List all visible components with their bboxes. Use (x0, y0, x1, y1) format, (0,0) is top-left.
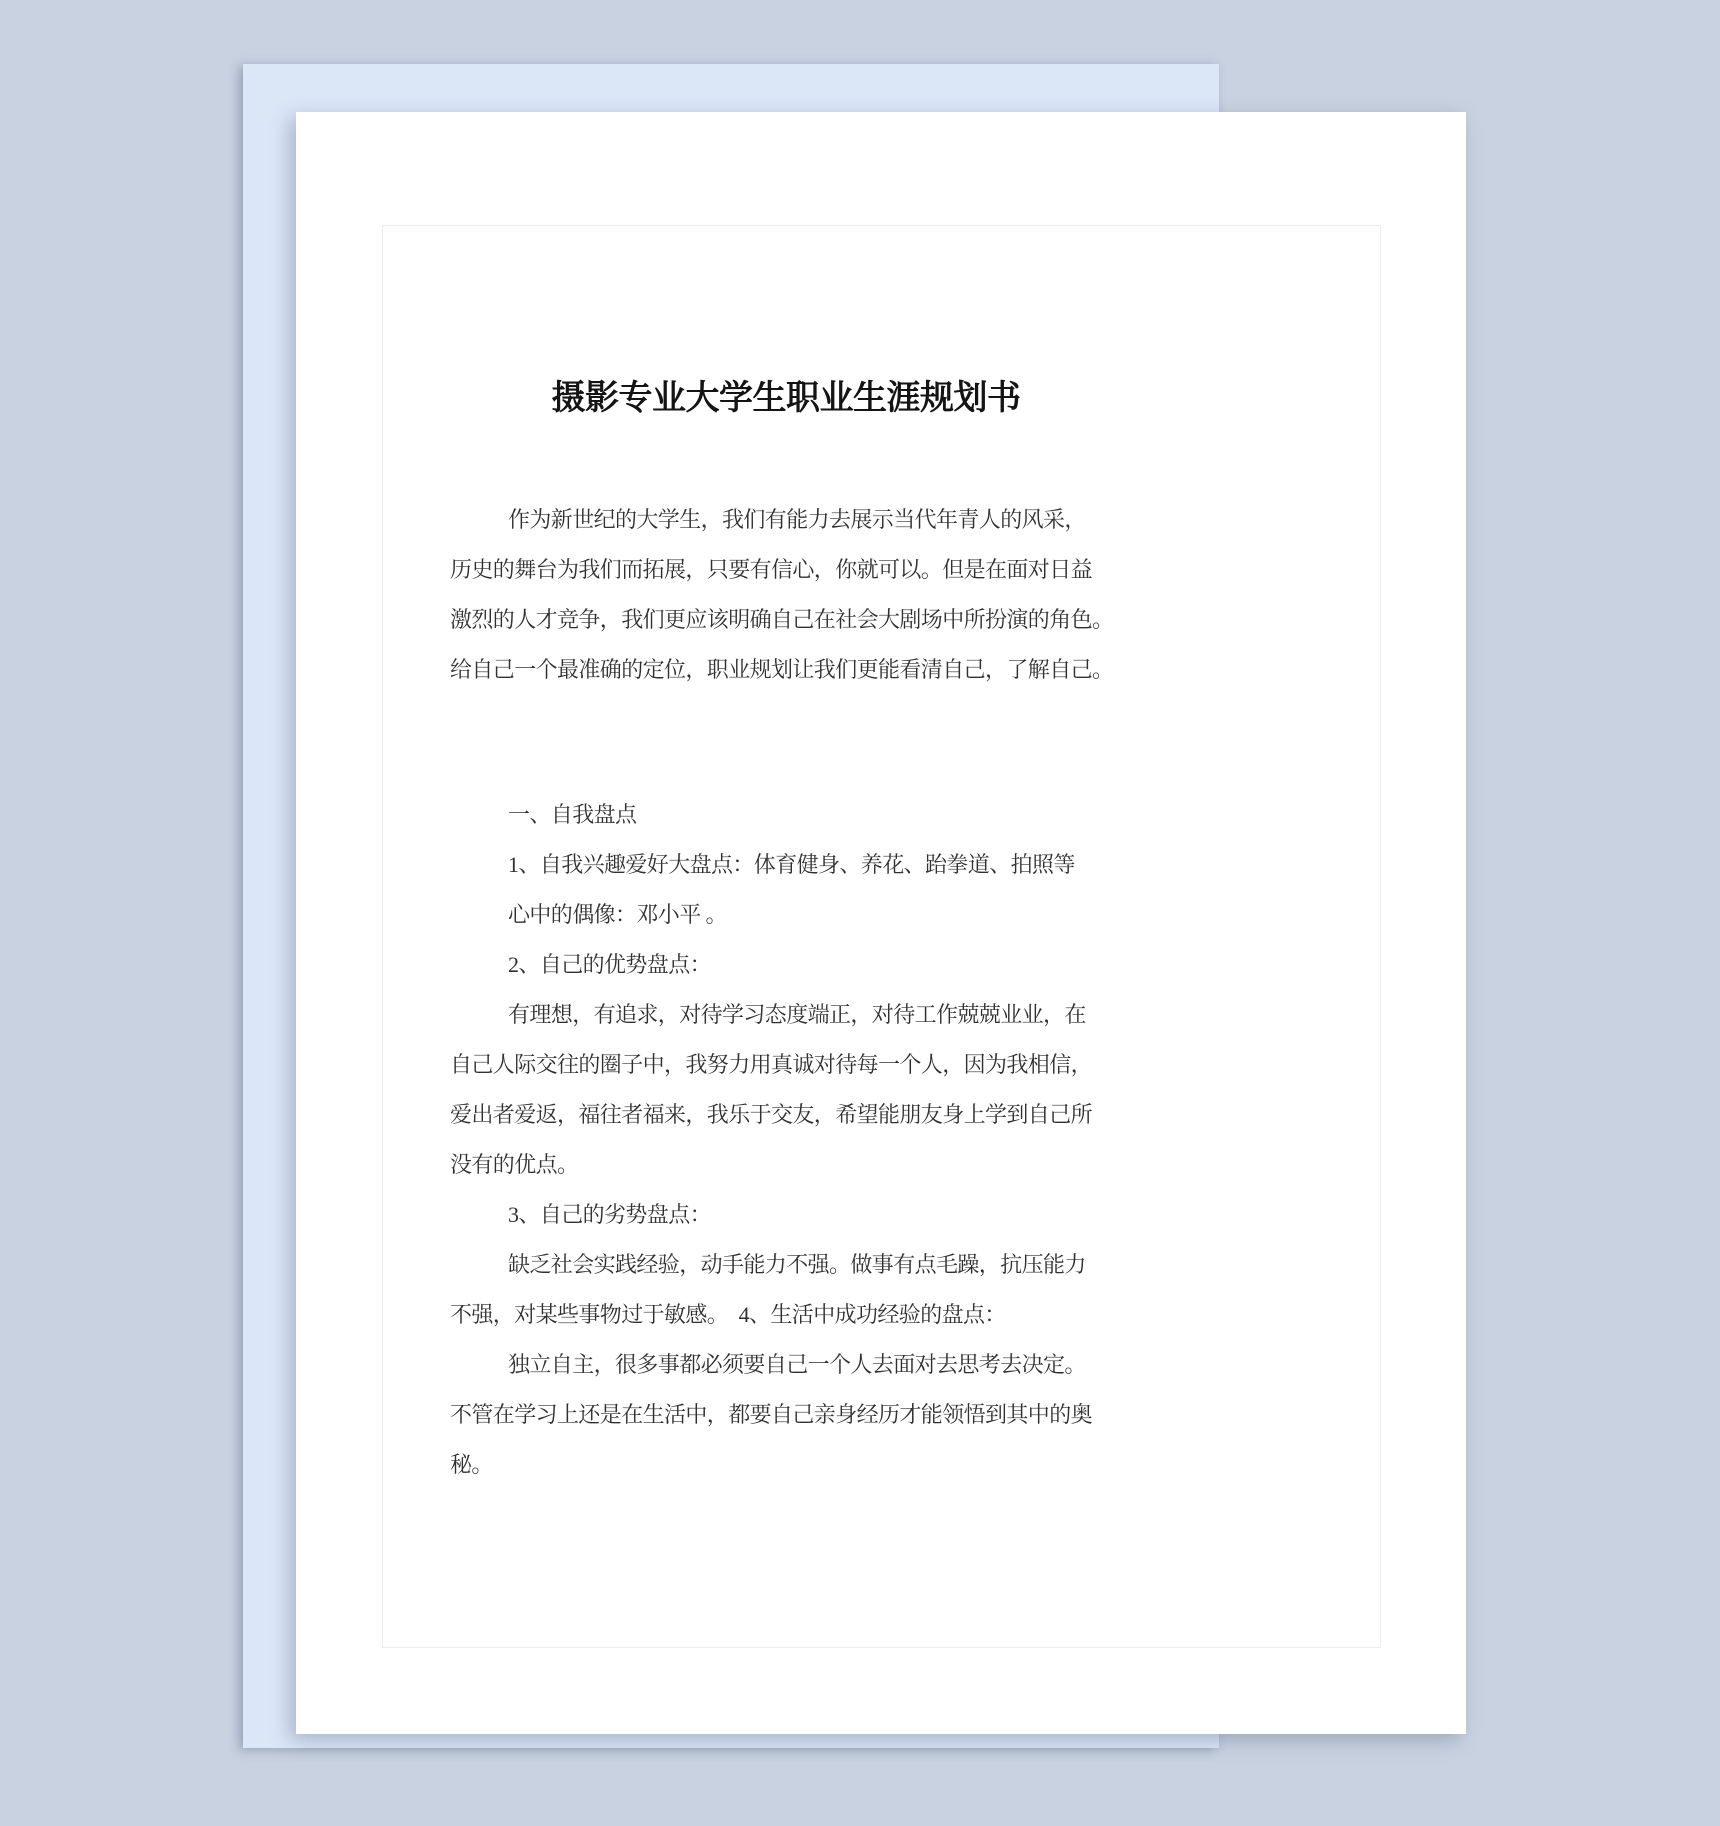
text-line: 缺乏社会实践经验，动手能力不强。做事有点毛躁，抗压能力 (450, 1240, 1115, 1290)
text-line: 独立自主，很多事都必须要自己一个人去面对去思考去决定。 (450, 1340, 1115, 1390)
text-line: 历史的舞台为我们而拓展，只要有信心，你就可以。但是在面对日益 (450, 545, 1115, 595)
text-line: 1、自我兴趣爱好大盘点：体育健身、养花、跆拳道、拍照等 (450, 840, 1115, 890)
text-line: 不管在学习上还是在生活中，都要自己亲身经历才能领悟到其中的奥 (450, 1390, 1115, 1440)
text-line: 激烈的人才竞争，我们更应该明确自己在社会大剧场中所扮演的角色。 (450, 595, 1115, 645)
text-line: 自己人际交往的圈子中，我努力用真诚对待每一个人，因为我相信， (450, 1040, 1115, 1090)
text-line: 没有的优点。 (450, 1140, 1115, 1190)
text-line: 秘。 (450, 1440, 1115, 1490)
text-line: 爱出者爱返，福往者福来，我乐于交友，希望能朋友身上学到自己所 (450, 1090, 1115, 1140)
document-body-lines: 作为新世纪的大学生，我们有能力去展示当代年青人的风采，历史的舞台为我们而拓展，只… (450, 495, 1115, 1490)
text-line: 给自己一个最准确的定位，职业规划让我们更能看清自己，了解自己。 (450, 645, 1115, 695)
text-line: 有理想，有追求，对待学习态度端正，对待工作兢兢业业，在 (450, 990, 1115, 1040)
text-line: 3、自己的劣势盘点： (450, 1190, 1115, 1240)
text-line: 一、自我盘点 (450, 790, 1115, 840)
document-page: 摄影专业大学生职业生涯规划书 作为新世纪的大学生，我们有能力去展示当代年青人的风… (296, 112, 1466, 1734)
text-line: 心中的偶像：邓小平 。 (450, 890, 1115, 940)
text-line: 不强，对某些事物过于敏感。 4、生活中成功经验的盘点： (450, 1290, 1115, 1340)
page-background: 摄影专业大学生职业生涯规划书 作为新世纪的大学生，我们有能力去展示当代年青人的风… (0, 0, 1720, 1826)
text-line: 作为新世纪的大学生，我们有能力去展示当代年青人的风采， (450, 495, 1115, 545)
text-line: 2、自己的优势盘点： (450, 940, 1115, 990)
document-title: 摄影专业大学生职业生涯规划书 (446, 370, 1126, 419)
